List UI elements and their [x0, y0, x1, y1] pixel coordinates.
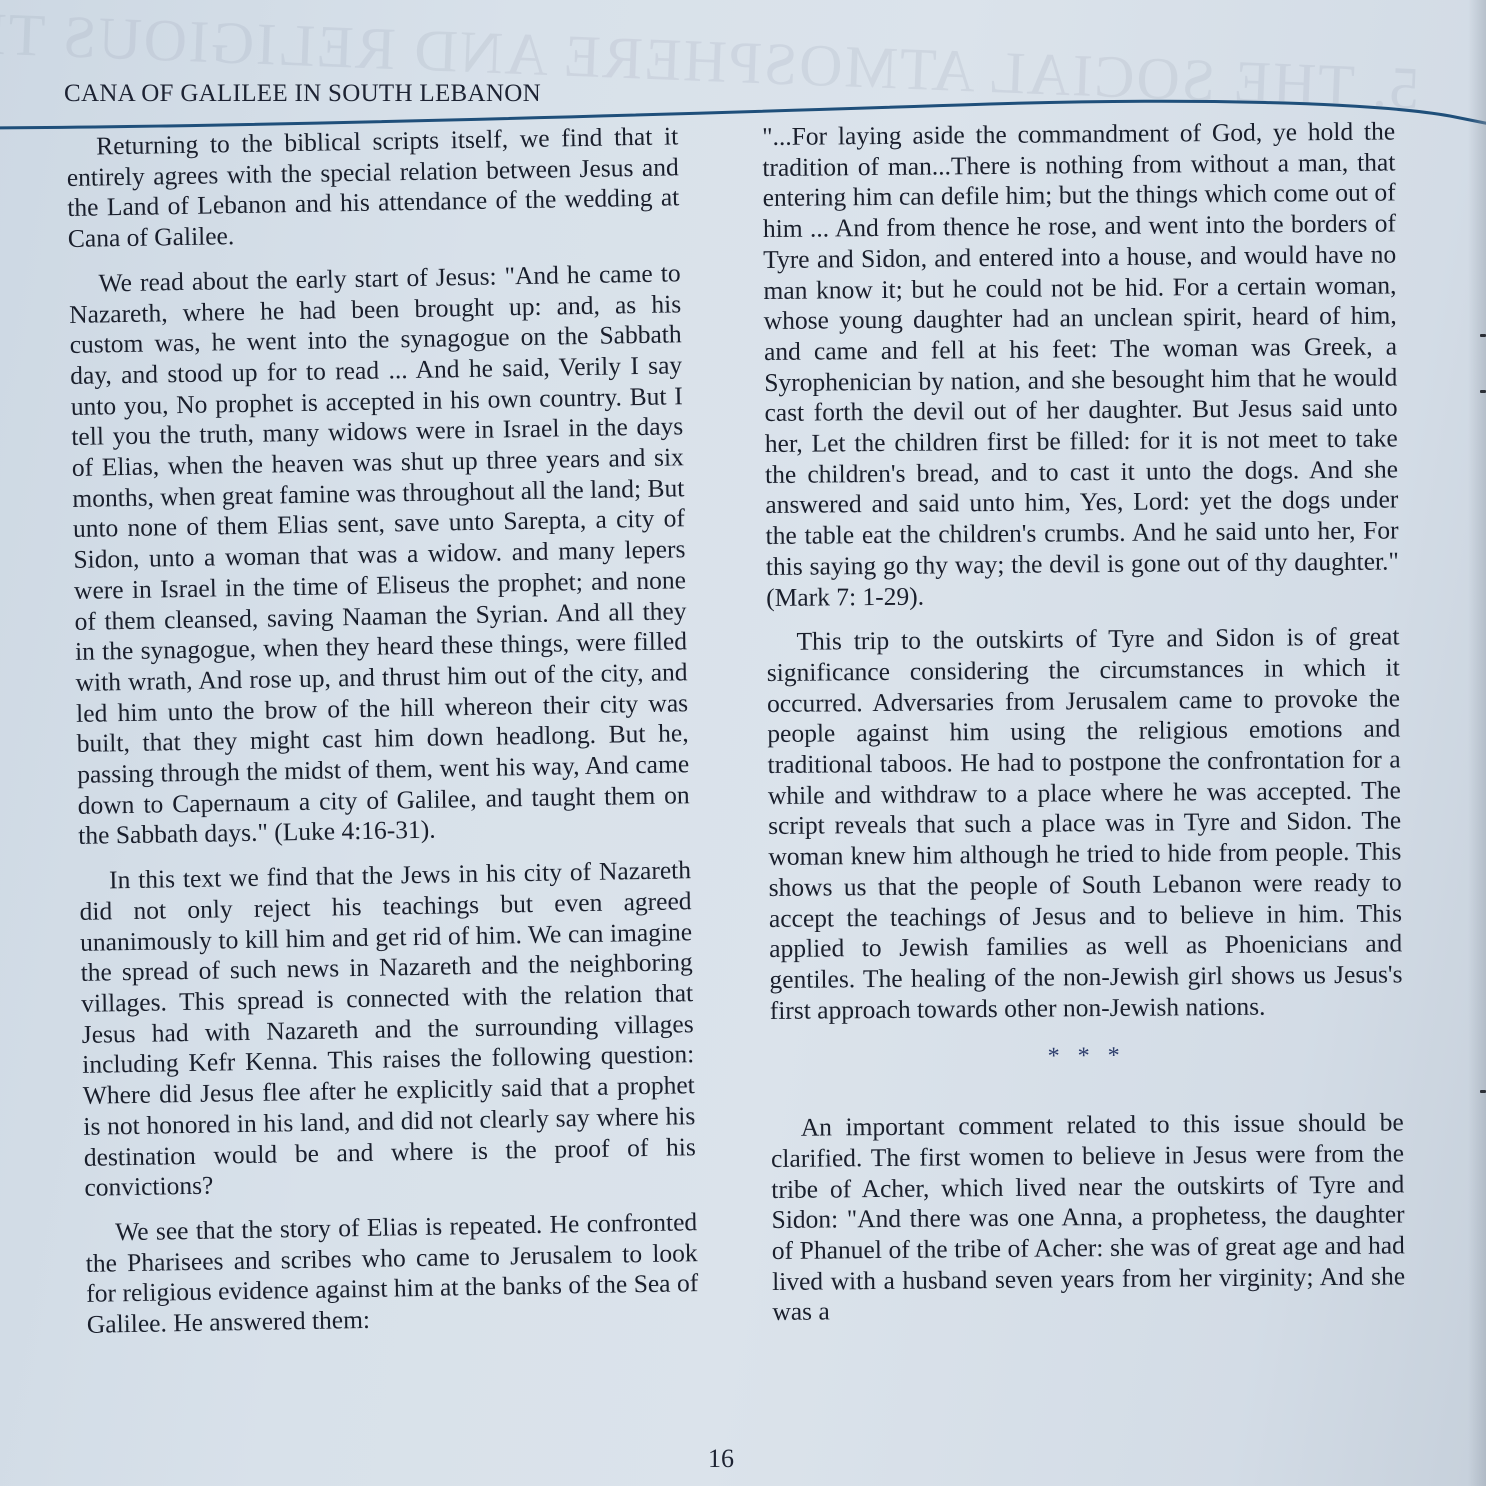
binding-edge	[1468, 0, 1486, 1486]
paragraph: In this text we find that the Jews in hi…	[79, 855, 697, 1203]
staple-mark	[1480, 1090, 1486, 1093]
running-head: CANA OF GALILEE IN SOUTH LEBANON	[64, 80, 541, 108]
paragraph: An important comment related to this iss…	[771, 1108, 1406, 1328]
paragraph: Returning to the biblical scripts itself…	[66, 121, 680, 254]
right-column: "...For laying aside the commandment of …	[762, 116, 1406, 1341]
staple-mark	[1480, 390, 1486, 393]
paragraph: This trip to the outskirts of Tyre and S…	[766, 622, 1402, 1027]
page-number: 16	[708, 1444, 734, 1474]
paragraph: We read about the early start of Jesus: …	[68, 258, 690, 852]
paragraph: "...For laying aside the commandment of …	[762, 116, 1399, 613]
left-column: Returning to the biblical scripts itself…	[66, 121, 699, 1354]
paragraph: We see that the story of Elias is repeat…	[85, 1207, 699, 1340]
staple-mark	[1480, 334, 1486, 337]
section-separator: * * *	[770, 1039, 1403, 1075]
